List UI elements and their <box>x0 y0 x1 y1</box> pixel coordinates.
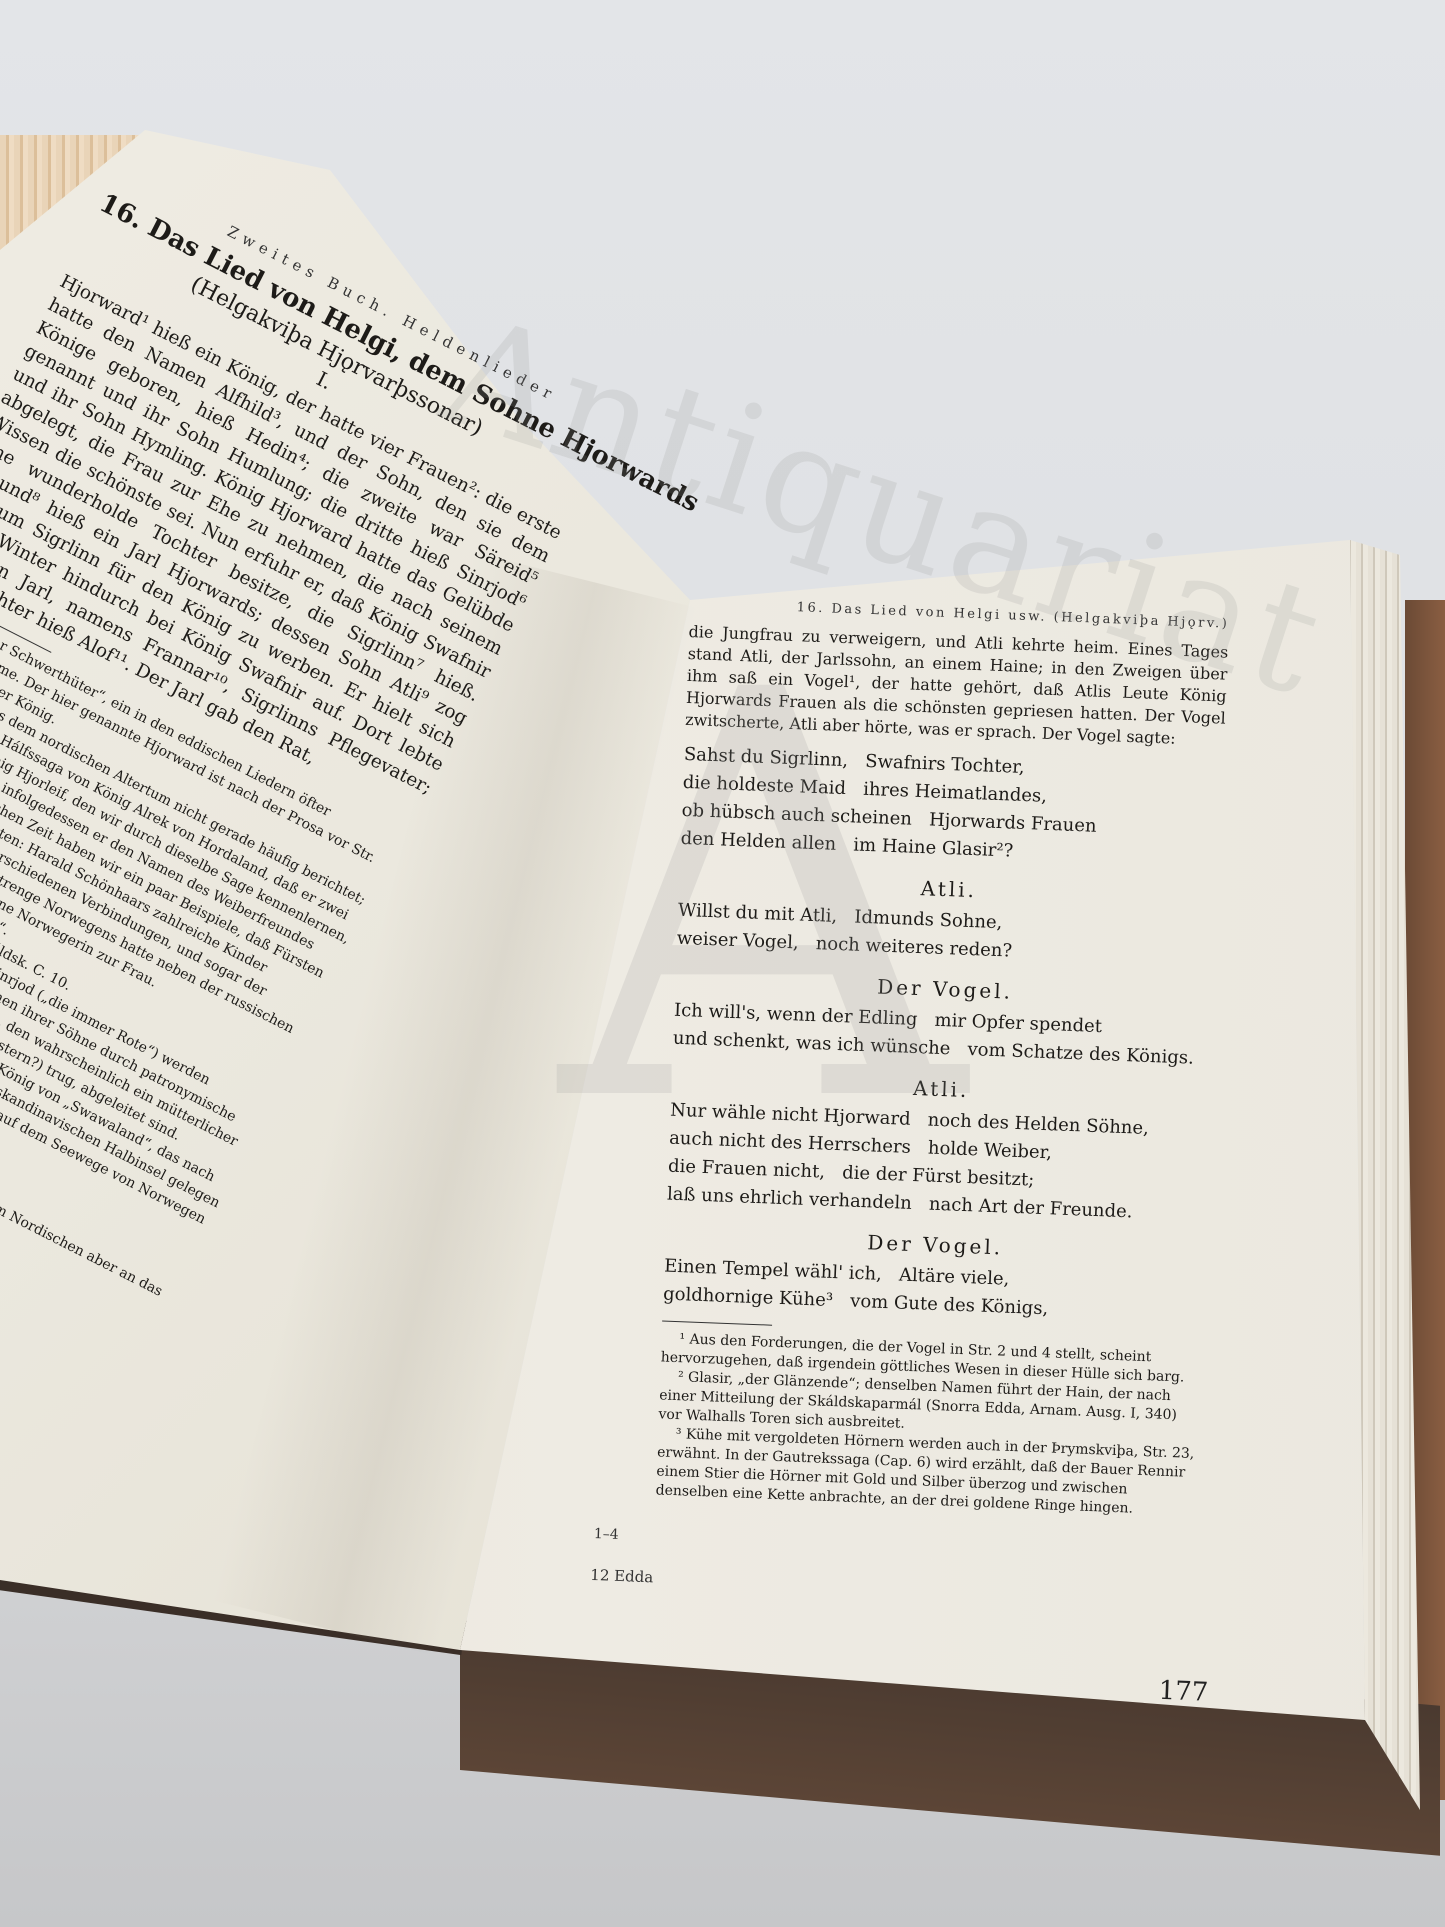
stanza: Nur wähle nicht Hjorward noch des Helden… <box>666 1097 1210 1230</box>
right-footnotes: ¹ Aus den Forderungen, die der Vogel in … <box>655 1329 1201 1521</box>
stanza-reference: 1–4 <box>594 1526 1194 1565</box>
prose-paragraph: die Jungfrau zu verweigern, und Atli keh… <box>685 621 1229 752</box>
right-page-text: 16. Das Lied von Helgi usw. (Helgakviþa … <box>652 596 1230 1607</box>
stanza: Sahst du Sigrlinn, Swafnirs Tochter, die… <box>680 741 1224 874</box>
footnote-rule <box>662 1320 772 1325</box>
page-number: 177 <box>1158 1676 1209 1708</box>
